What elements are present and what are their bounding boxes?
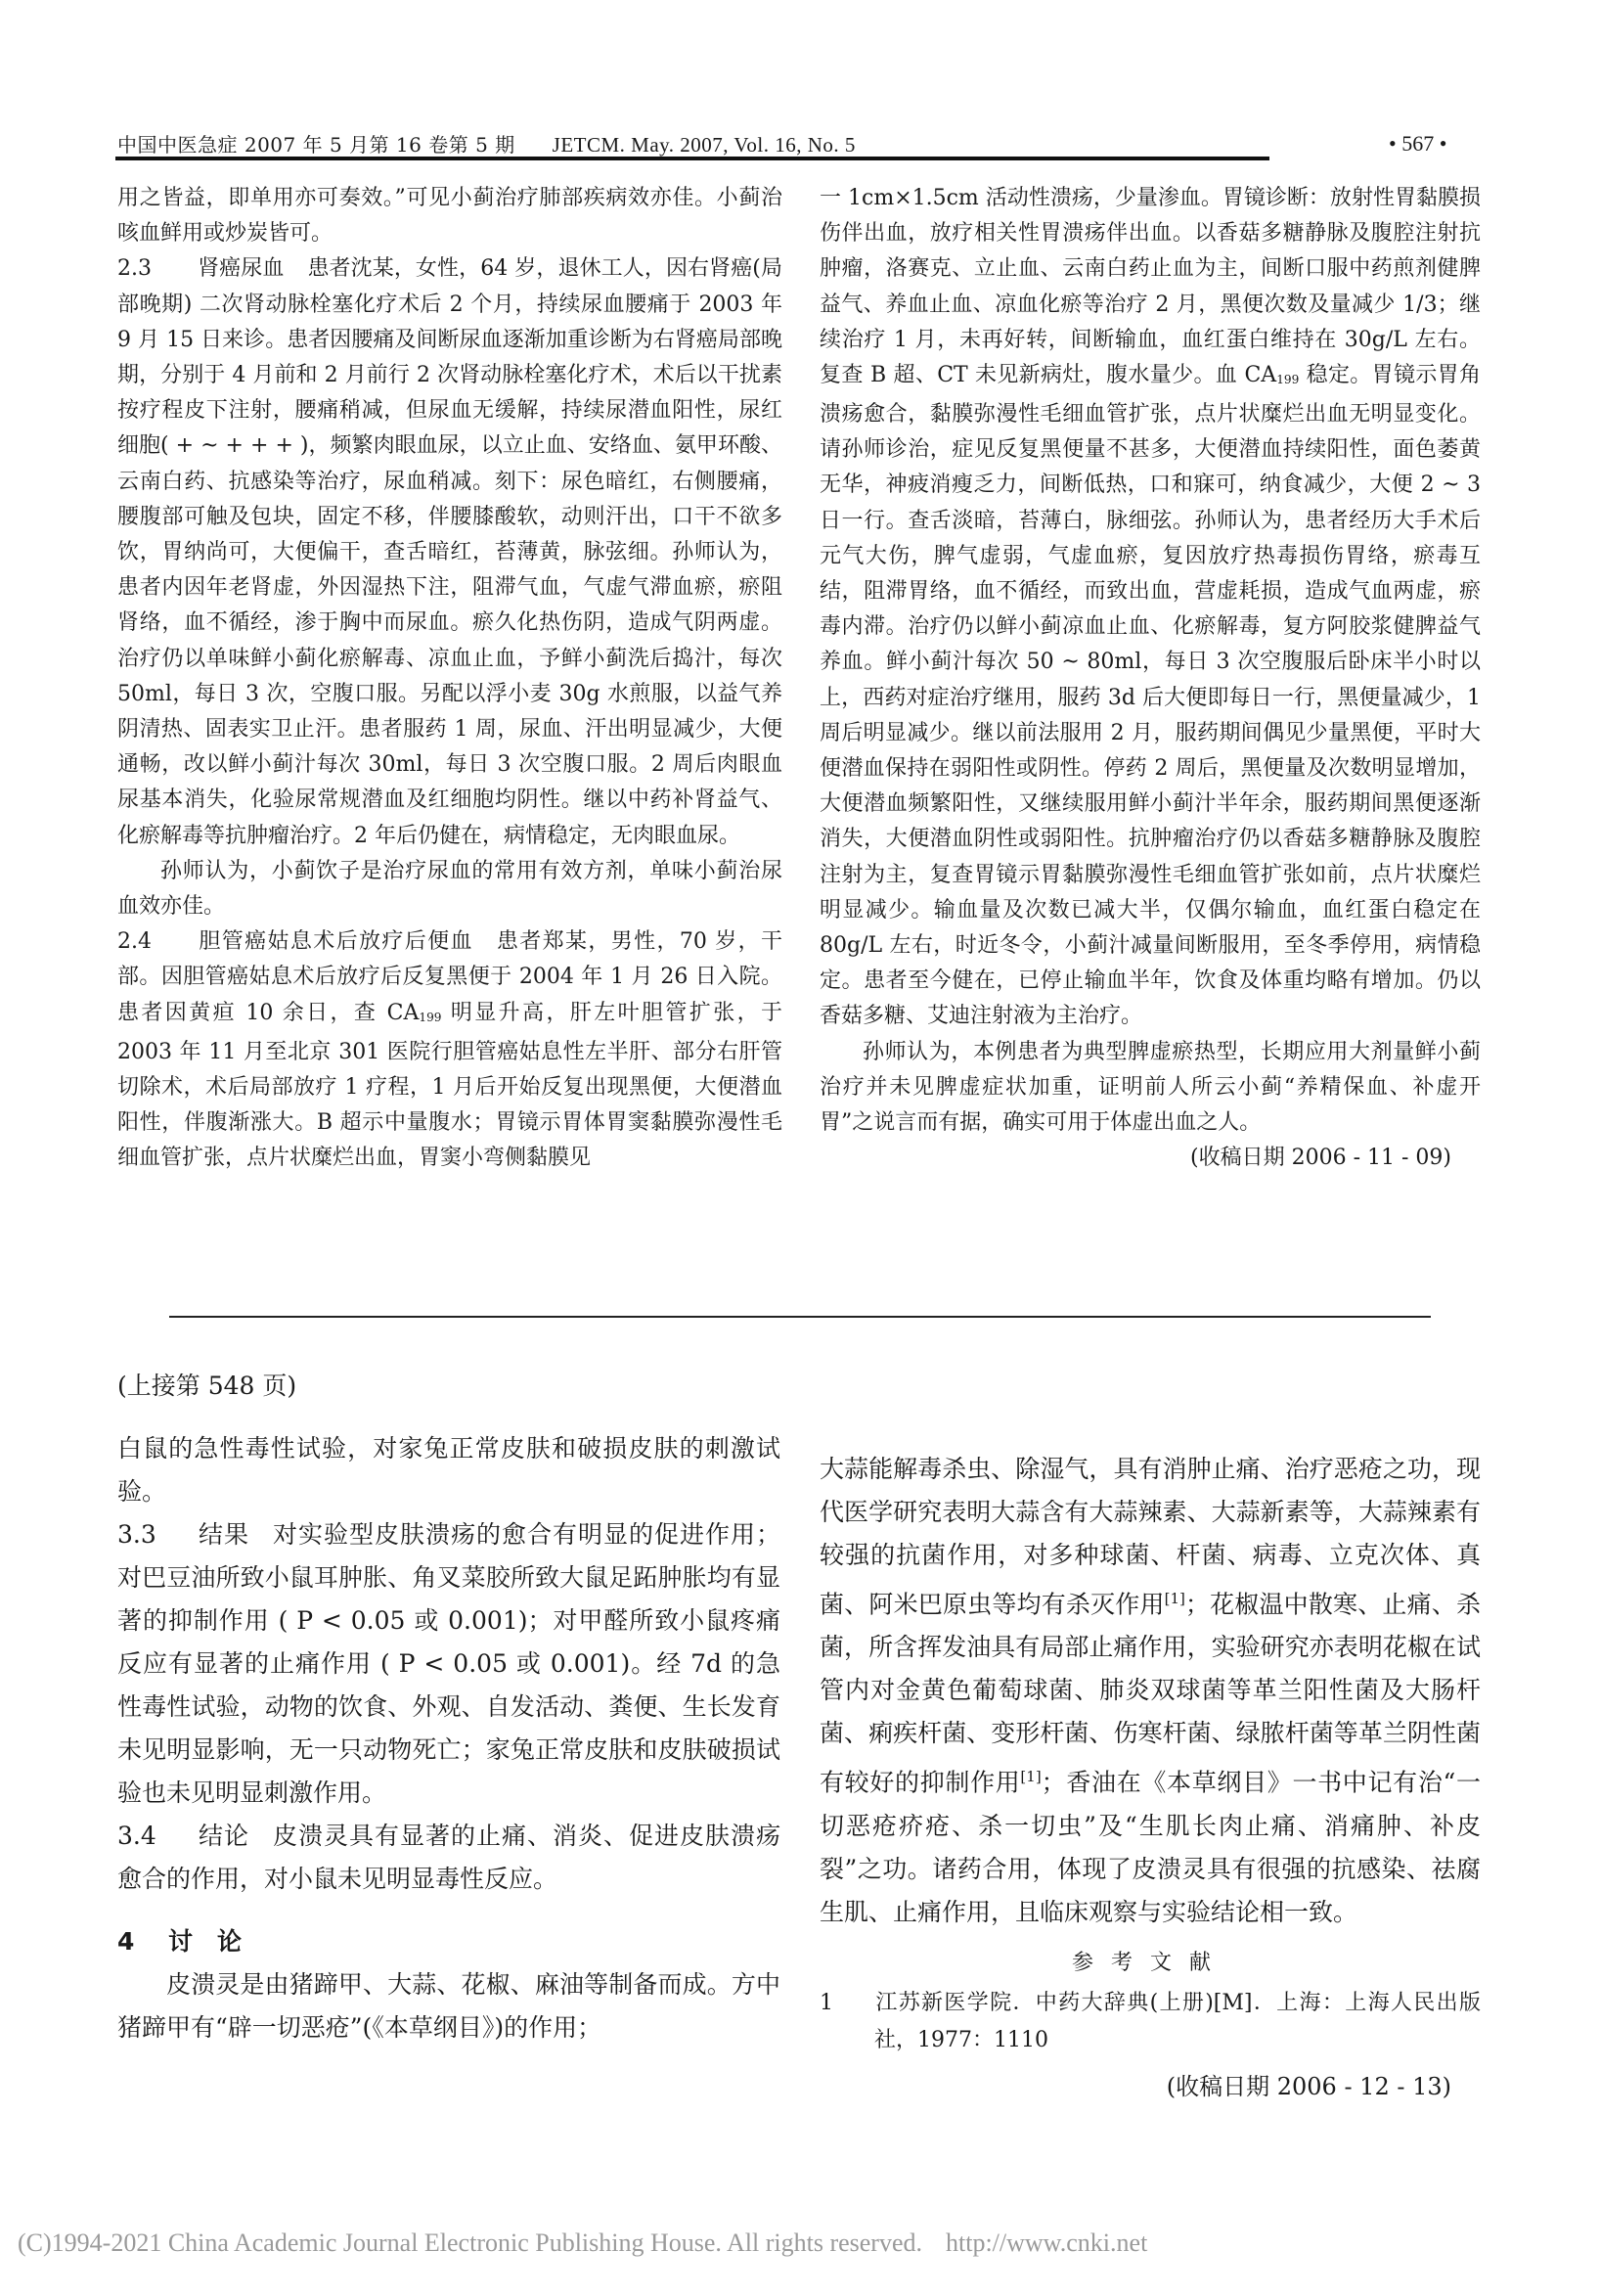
paragraph: 大蒜能解毒杀虫、除湿气，具有消肿止痛、治疗恶疮之功，现代医学研究表明大蒜含有大蒜… [820, 1448, 1481, 1934]
section-3-4: 3.4结论皮溃灵具有显著的止痛、消炎、促进皮肤溃疡愈合的作用，对小鼠未见明显毒性… [117, 1815, 780, 1901]
continued-from-note: (上接第 548 页) [117, 1365, 780, 1408]
journal-title-en: JETCM. May. 2007, Vol. 16, No. 5 [553, 133, 856, 157]
references-heading: 参考文献 [820, 1942, 1481, 1985]
copyright-footer: (C)1994-2021 China Academic Journal Elec… [18, 2228, 1147, 2258]
reference-item: 1江苏新医学院．中药大辞典(上册)[M]．上海：上海人民出版社，1977：111… [820, 1985, 1481, 2059]
citation: [1] [1020, 1768, 1041, 1785]
citation: [1] [1165, 1590, 1185, 1607]
copyright-text: (C)1994-2021 China Academic Journal Elec… [18, 2228, 922, 2257]
paragraph-text: ；花椒温中散寒、止痛、杀菌，所含挥发油具有局部止痛作用，实验研究亦表明花椒在试管… [820, 1590, 1481, 1796]
paragraph: 孙师认为，小蓟饮子是治疗尿血的常用有效方剂，单味小蓟治尿血效亦佳。 [117, 854, 782, 924]
section-title: 肾癌尿血 [198, 256, 284, 281]
section-2-4: 2.4胆管癌姑息术后放疗后便血患者郑某，男性，70 岁，干部。因胆管癌姑息术后放… [117, 924, 782, 1176]
section-text: 明显升高，肝左叶胆管扩张，于 2003 年 11 月至北京 301 医院行胆管癌… [117, 1001, 782, 1171]
section-text: 患者沈某，女性，64 岁，退休工人，因右肾癌(局部晚期) 二次肾动脉栓塞化疗术后… [117, 256, 782, 847]
received-date: (收稿日期 2006 - 11 - 09) [820, 1141, 1481, 1176]
cnki-link[interactable]: http://www.cnki.net [946, 2228, 1147, 2257]
paragraph: 孙师认为，本例患者为典型脾虚瘀热型，长期应用大剂量鲜小蓟治疗并未见脾虚症状加重，… [820, 1035, 1481, 1142]
section-number: 3.3 [117, 1513, 198, 1556]
section-text: 对实验型皮肤溃疡的愈合有明显的促进作用；对巴豆油所致小鼠耳肿胀、角叉菜胶所致大鼠… [117, 1520, 780, 1807]
page-number: • 567 • [1389, 131, 1446, 157]
section-4-heading: 4讨 论 [117, 1920, 780, 1963]
section-number: 3.4 [117, 1815, 198, 1858]
article-column-left: 用之皆益，即单用亦可奏效。”可见小蓟治疗肺部疾病效亦佳。小蓟治咳血鲜用或炒炭皆可… [117, 181, 782, 1177]
section-title: 胆管癌姑息术后放疗后便血 [198, 929, 473, 954]
section-number: 2.3 [117, 251, 198, 287]
section-number: 2.4 [117, 924, 198, 960]
paragraph: 一 1cm×1.5cm 活动性溃疡，少量渗血。胃镜诊断：放射性胃黏膜损伤伴出血，… [820, 181, 1481, 1035]
paragraph: 用之皆益，即单用亦可奏效。”可见小蓟治疗肺部疾病效亦佳。小蓟治咳血鲜用或炒炭皆可… [117, 181, 782, 251]
section-title: 结论 [198, 1822, 249, 1850]
paragraph: 皮溃灵是由猪蹄甲、大蒜、花椒、麻油等制备而成。方中猪蹄甲有“辟一切恶疮”(《本草… [117, 1963, 780, 2049]
section-3-3: 3.3结果对实验型皮肤溃疡的愈合有明显的促进作用；对巴豆油所致小鼠耳肿胀、角叉菜… [117, 1513, 780, 1815]
subscript: 199 [419, 1010, 441, 1023]
continued-article-column-left: (上接第 548 页) 白鼠的急性毒性试验，对家兔正常皮肤和破损皮肤的刺激试验。… [117, 1365, 780, 2049]
section-2-3: 2.3肾癌尿血患者沈某，女性，64 岁，退休工人，因右肾癌(局部晚期) 二次肾动… [117, 251, 782, 853]
section-title: 结果 [198, 1520, 249, 1549]
subscript: 199 [1276, 373, 1299, 386]
article-column-right: 一 1cm×1.5cm 活动性溃疡，少量渗血。胃镜诊断：放射性胃黏膜损伤伴出血，… [820, 181, 1481, 1177]
received-date: (收稿日期 2006 - 12 - 13) [820, 2065, 1481, 2108]
journal-title-cn: 中国中医急症 2007 年 5 月第 16 卷第 5 期 [117, 133, 515, 157]
running-header: 中国中医急症 2007 年 5 月第 16 卷第 5 期JETCM. May. … [117, 129, 856, 158]
header-rule [115, 157, 1269, 160]
section-number: 4 [117, 1920, 168, 1963]
section-title: 讨 论 [168, 1927, 242, 1956]
paragraph-text: 一 1cm×1.5cm 活动性溃疡，少量渗血。胃镜诊断：放射性胃黏膜损伤伴出血，… [820, 186, 1481, 387]
paragraph: 白鼠的急性毒性试验，对家兔正常皮肤和破损皮肤的刺激试验。 [117, 1427, 780, 1513]
reference-text: 江苏新医学院．中药大辞典(上册)[M]．上海：上海人民出版社，1977：1110 [874, 1991, 1481, 2052]
continued-article-column-right: 大蒜能解毒杀虫、除湿气，具有消肿止痛、治疗恶疮之功，现代医学研究表明大蒜含有大蒜… [820, 1448, 1481, 2108]
paragraph-text: 稳定。胃镜示胃角溃疡愈合，黏膜弥漫性毛细血管扩张，点片状糜烂出血无明显变化。请孙… [820, 363, 1481, 1028]
reference-number: 1 [820, 1985, 874, 2022]
article-separator-rule [169, 1316, 1431, 1318]
